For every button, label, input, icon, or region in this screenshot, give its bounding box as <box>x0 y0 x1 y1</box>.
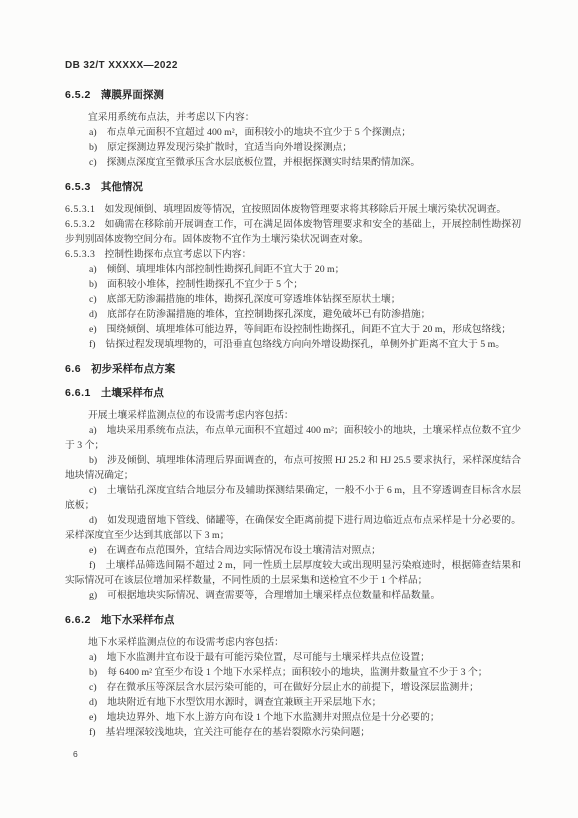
clause-text: 如确需在移除前开展调查工作，可在满足固体废物管理要求和安全的基础上，开展控制性勘… <box>65 219 521 245</box>
list-item-label: e) <box>89 545 97 556</box>
list-item-label: b) <box>89 279 97 290</box>
section-heading: 6.5.2薄膜界面探测 <box>65 87 521 102</box>
list-item-text: 地块边界外、地下水上游方向布设 1 个地下水监测井对照点位是十分必要的； <box>107 712 440 723</box>
list-item-text: 涉及倾倒、填埋堆体清理后界面调查的，布点可按照 HJ 25.2 和 HJ 25.… <box>65 455 521 481</box>
list-item-text: 土壤样品筛选间隔不超过 2 m，同一性质土层厚度较大或出现明显污染痕迹时，根据筛… <box>65 560 521 586</box>
section-title: 其他情况 <box>101 181 143 193</box>
list-item: a)倾倒、填埋堆体内部控制性勘探孔间距不宜大于 20 m； <box>65 262 521 277</box>
list-item: g)可根据地块实际情况、调查需要等，合理增加土壤采样点位数量和样品数量。 <box>65 588 521 603</box>
list-item-label: f) <box>89 560 96 571</box>
list-item: e)围绕倾倒、填埋堆体可能边界，等间距布设控制性勘探孔，间距不宜大于 20 m，… <box>65 322 521 337</box>
paragraph: 地下水采样监测点位的布设需考虑内容包括： <box>65 635 521 650</box>
clause: 6.5.3.1如发现倾倒、填埋固废等情况，宜按照固体废物管理要求将其移除后开展土… <box>65 202 521 217</box>
list-item-text: 土壤钻孔深度宜结合地层分布及辅助探测结果确定，一般不小于 6 m，且不穿透调查目… <box>65 485 521 511</box>
list-item-text: 围绕倾倒、填埋堆体可能边界，等间距布设控制性勘探孔，间距不宜大于 20 m，形成… <box>107 324 511 335</box>
list-item-label: a) <box>89 264 97 275</box>
list-item-text: 底部无防渗漏措施的堆体，勘探孔深度可穿透堆体钻探至原状土壤； <box>107 294 401 305</box>
list-item-label: f) <box>89 727 96 738</box>
list-item-label: c) <box>89 682 97 693</box>
list-item: c)存在微承压等深层含水层污染可能的，可在做好分层止水的前提下，增设深层监测井； <box>65 680 521 695</box>
paragraph: 开展土壤采样监测点位的布设需考虑内容包括： <box>65 408 521 423</box>
list-item-label: d) <box>89 515 97 526</box>
list-item-text: 地块采用系统布点法，布点单元面积不宜超过 400 m²；面积较小的地块，土壤采样… <box>65 425 521 451</box>
list-item: b)面积较小堆体，控制性勘探孔不宜少于 5 个； <box>65 277 521 292</box>
list-item: b)原定探测边界发现污染扩散时，宜适当向外增设探测点； <box>65 140 521 155</box>
list-item-text: 基岩埋深较浅地块，宜关注可能存在的基岩裂隙水污染问题； <box>106 727 371 738</box>
list-item-text: 面积较小堆体，控制性勘探孔不宜少于 5 个； <box>107 279 303 290</box>
section-title: 初步采样布点方案 <box>91 363 175 375</box>
list-item-text: 存在微承压等深层含水层污染可能的，可在做好分层止水的前提下，增设深层监测井； <box>107 682 479 693</box>
clause: 6.5.3.3控制性勘探布点宜考虑以下内容： <box>65 247 521 262</box>
list-item-label: g) <box>89 590 97 601</box>
list-item-label: a) <box>89 425 97 436</box>
clause-number: 6.5.3.1 <box>65 204 95 215</box>
list-item-text: 每 6400 m² 宜至少布设 1 个地下水采样点；面积较小的地块，监测井数量宜… <box>107 667 487 678</box>
list-item-text: 探测点深度宜至微承压含水层底板位置，并根据探测实时结果酌情加深。 <box>107 157 421 168</box>
clause-number: 6.5.3.3 <box>65 249 95 260</box>
section-heading: 6.6.1土壤采样布点 <box>65 385 521 400</box>
paragraph: 宜采用系统布点法，并考虑以下内容： <box>65 110 521 125</box>
list-item: e)地块边界外、地下水上游方向布设 1 个地下水监测井对照点位是十分必要的； <box>65 710 521 725</box>
document-page: DB 32/T XXXXX—2022 6.5.2薄膜界面探测 宜采用系统布点法，… <box>0 0 578 818</box>
list-item: a)地块采用系统布点法，布点单元面积不宜超过 400 m²；面积较小的地块，土壤… <box>65 423 521 453</box>
list-item-text: 钻探过程发现填埋物的，可沿垂直包络线方向向外增设勘探孔，单侧外扩距离不宜大于 5… <box>106 339 506 350</box>
list-item-text: 底部存在防渗漏措施的堆体，宜控制勘探孔深度，避免破坏已有防渗措施； <box>107 309 430 320</box>
page-number: 6 <box>73 749 78 759</box>
list-item: c)探测点深度宜至微承压含水层底板位置，并根据探测实时结果酌情加深。 <box>65 155 521 170</box>
section-heading: 6.6.2地下水采样布点 <box>65 612 521 627</box>
list-item-label: b) <box>89 455 97 466</box>
list-item: b)涉及倾倒、填埋堆体清理后界面调查的，布点可按照 HJ 25.2 和 HJ 2… <box>65 453 521 483</box>
section-number: 6.5.2 <box>65 89 91 101</box>
clause-text: 控制性勘探布点宜考虑以下内容： <box>104 249 251 260</box>
clause: 6.5.3.2如确需在移除前开展调查工作，可在满足固体废物管理要求和安全的基础上… <box>65 217 521 247</box>
section-number: 6.6 <box>65 363 81 375</box>
page-content: DB 32/T XXXXX—2022 6.5.2薄膜界面探测 宜采用系统布点法，… <box>65 60 521 740</box>
list-item: d)底部存在防渗漏措施的堆体，宜控制勘探孔深度，避免破坏已有防渗措施； <box>65 307 521 322</box>
list-item-text: 可根据地块实际情况、调查需要等，合理增加土壤采样点位数量和样品数量。 <box>107 590 440 601</box>
list-item-label: e) <box>89 324 97 335</box>
list-item-label: d) <box>89 309 97 320</box>
list-item: d)如发现遗留地下管线、储罐等，在确保安全距离前提下进行周边临近点布点采样是十分… <box>65 513 521 543</box>
list-item: d)地块附近有地下水型饮用水源时，调查宜兼顾主开采层地下水； <box>65 695 521 710</box>
list-item-text: 地块附近有地下水型饮用水源时，调查宜兼顾主开采层地下水； <box>107 697 381 708</box>
section-number: 6.6.2 <box>65 614 91 626</box>
list-item: b)每 6400 m² 宜至少布设 1 个地下水采样点；面积较小的地块，监测井数… <box>65 665 521 680</box>
clause-text: 如发现倾倒、填埋固废等情况，宜按照固体废物管理要求将其移除后开展土壤污染状况调查… <box>104 204 506 215</box>
list-item: c)底部无防渗漏措施的堆体，勘探孔深度可穿透堆体钻探至原状土壤； <box>65 292 521 307</box>
list-item: f)基岩埋深较浅地块，宜关注可能存在的基岩裂隙水污染问题； <box>65 725 521 740</box>
section-title: 土壤采样布点 <box>101 387 164 399</box>
list-item-label: a) <box>89 127 97 138</box>
section-heading: 6.6初步采样布点方案 <box>65 361 521 376</box>
list-item-text: 在调查布点范围外，宜结合周边实际情况布设土壤清洁对照点； <box>107 545 381 556</box>
list-item-label: d) <box>89 697 97 708</box>
list-item: f)土壤样品筛选间隔不超过 2 m，同一性质土层厚度较大或出现明显污染痕迹时，根… <box>65 558 521 588</box>
list-item: f)钻探过程发现填埋物的，可沿垂直包络线方向向外增设勘探孔，单侧外扩距离不宜大于… <box>65 337 521 352</box>
list-item-text: 倾倒、填埋堆体内部控制性勘探孔间距不宜大于 20 m； <box>107 264 345 275</box>
section-number: 6.5.3 <box>65 181 91 193</box>
list-item-label: c) <box>89 485 97 496</box>
clause-number: 6.5.3.2 <box>65 219 95 230</box>
list-item-text: 如发现遗留地下管线、储罐等，在确保安全距离前提下进行周边临近点布点采样是十分必要… <box>65 515 521 541</box>
list-item: e)在调查布点范围外，宜结合周边实际情况布设土壤清洁对照点； <box>65 543 521 558</box>
list-item-text: 原定探测边界发现污染扩散时，宜适当向外增设探测点； <box>107 142 352 153</box>
list-item-label: b) <box>89 667 97 678</box>
list-item-label: c) <box>89 294 97 305</box>
list-item-label: e) <box>89 712 97 723</box>
list-item-text: 地下水监测井宜布设于最有可能污染位置，尽可能与土壤采样共点位设置； <box>107 652 430 663</box>
section-heading: 6.5.3其他情况 <box>65 179 521 194</box>
section-number: 6.6.1 <box>65 387 91 399</box>
document-header: DB 32/T XXXXX—2022 <box>65 60 521 71</box>
list-item-label: a) <box>89 652 97 663</box>
section-title: 地下水采样布点 <box>101 614 175 626</box>
list-item-text: 布点单元面积不宜超过 400 m²，面积较小的地块不宜少于 5 个探测点； <box>107 127 411 138</box>
list-item-label: f) <box>89 339 96 350</box>
list-item: a)地下水监测井宜布设于最有可能污染位置，尽可能与土壤采样共点位设置； <box>65 650 521 665</box>
list-item: c)土壤钻孔深度宜结合地层分布及辅助探测结果确定，一般不小于 6 m，且不穿透调… <box>65 483 521 513</box>
list-item-label: c) <box>89 157 97 168</box>
list-item: a)布点单元面积不宜超过 400 m²，面积较小的地块不宜少于 5 个探测点； <box>65 125 521 140</box>
list-item-label: b) <box>89 142 97 153</box>
section-title: 薄膜界面探测 <box>101 89 164 101</box>
